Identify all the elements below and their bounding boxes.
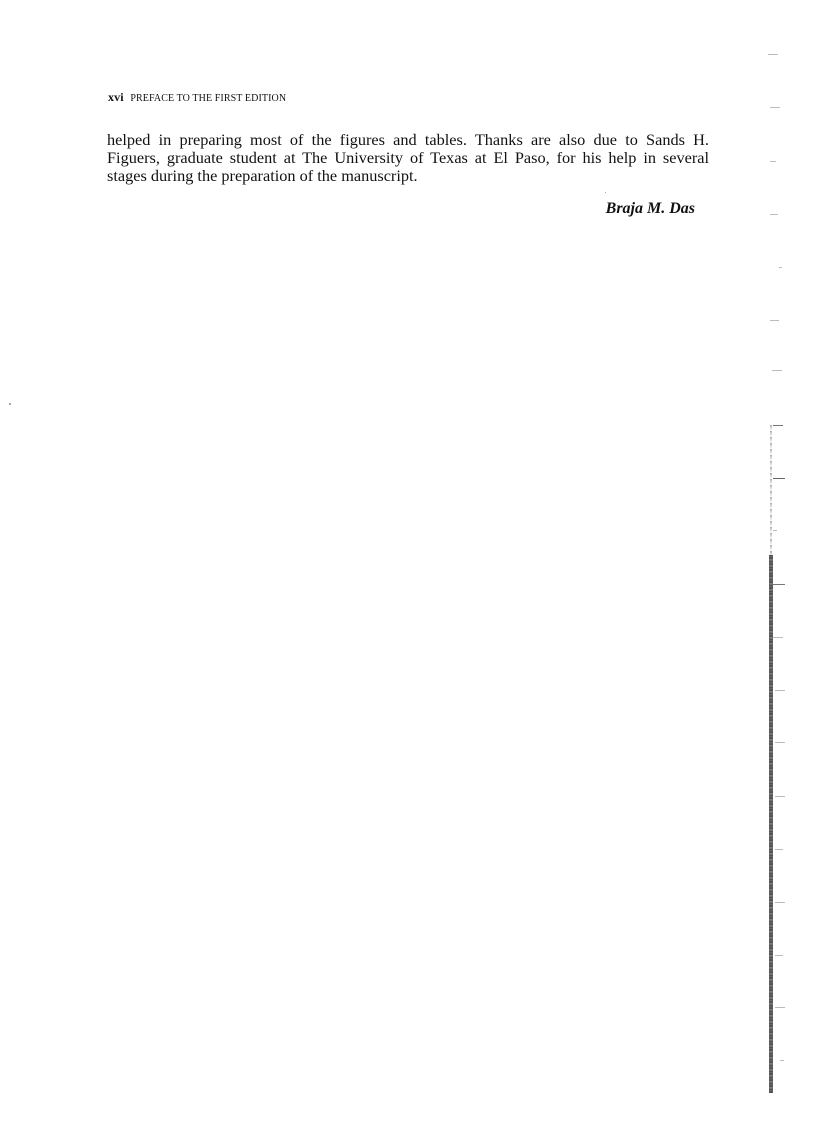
scan-artifact-tick — [770, 107, 780, 108]
body-line: Figuers, graduate student at The Univers… — [107, 149, 709, 167]
scan-artifact-tick — [772, 370, 782, 371]
body-line: stages during the preparation of the man… — [107, 167, 709, 185]
scan-artifact-tick — [770, 214, 778, 215]
body-line: helped in preparing most of the figures … — [107, 131, 709, 149]
scan-artifact-tick — [775, 742, 785, 743]
scan-artifact-tick — [773, 425, 783, 426]
scan-artifact-tick — [770, 161, 776, 162]
scan-artifact-tick — [773, 530, 777, 531]
author-signature: Braja M. Das — [606, 200, 695, 218]
scan-artifact-tick — [779, 267, 782, 268]
scan-artifact-edge-faint — [770, 425, 772, 555]
scan-artifact-tick — [775, 849, 783, 850]
scan-artifact-tick — [773, 584, 785, 585]
scan-artifact-tick — [768, 54, 778, 55]
body-paragraph: helped in preparing most of the figures … — [107, 131, 709, 186]
scan-artifact-tick — [780, 1060, 784, 1061]
running-head: xvi PREFACE TO THE FIRST EDITION — [108, 90, 286, 105]
scan-artifact-dot — [605, 192, 606, 193]
scan-artifact-tick — [773, 637, 783, 638]
scan-artifact-tick — [775, 796, 785, 797]
scan-artifact-tick — [775, 902, 785, 903]
scan-artifact-edge — [769, 555, 773, 1093]
scan-artifact-tick — [770, 320, 779, 321]
running-head-title: PREFACE TO THE FIRST EDITION — [130, 93, 286, 104]
scan-artifact-tick — [773, 478, 785, 479]
scan-artifact-tick — [775, 955, 783, 956]
scan-artifact-tick — [775, 1007, 785, 1008]
scan-artifact-tick — [775, 690, 785, 691]
page-number: xvi — [108, 90, 124, 104]
scan-artifact-dot — [9, 403, 11, 405]
